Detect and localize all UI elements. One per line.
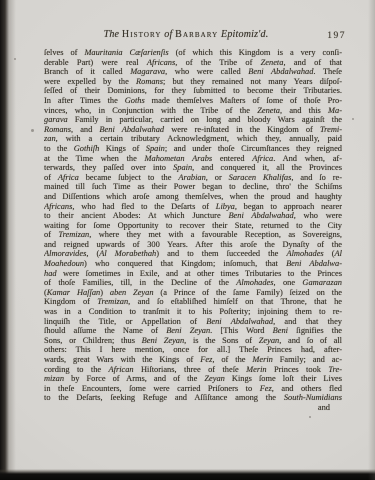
text-line: zan, with a certain tributary Acknowledg… — [44, 134, 342, 144]
text-line: Africans, who had fled to the Deſarts of… — [44, 202, 342, 212]
text-line: were expelled by the Romans; but they re… — [44, 77, 342, 87]
text-line: of Africa became ſubject to the Arabian,… — [44, 173, 342, 183]
plain-text: , and — [71, 125, 99, 134]
italic-text: Beni Abdalwahad — [228, 211, 293, 220]
text-line: Romans, and Beni Abdalwahad were re-inſt… — [44, 125, 342, 135]
italic-text: Tremizan — [97, 297, 128, 306]
plain-text: to the — [44, 144, 74, 153]
scanned-page: The History of Barbary Epitomiz'd. 197 ſ… — [0, 0, 375, 480]
text-line: mizan by Force of Arms, and of the Zeyan… — [44, 374, 342, 384]
italic-text: zan — [44, 134, 56, 143]
italic-text: Al — [335, 249, 342, 258]
italic-text: Africa — [252, 154, 273, 163]
plain-text: ) — [100, 288, 110, 297]
plain-text: ) and to them ſucceeded the — [156, 249, 286, 258]
plain-text: ; and under thoſe Circumſtances they rei… — [165, 144, 342, 153]
plain-text: Branch of it called — [44, 67, 130, 76]
text-line: terwards, they paſſed over into Spain, a… — [44, 163, 342, 173]
plain-text: , where they met with a favourable Recep… — [89, 230, 342, 239]
italic-text: African — [109, 365, 134, 374]
text-line: others: This I here mention, once for al… — [44, 345, 342, 355]
plain-text: . [This Word — [210, 326, 272, 335]
italic-text: Beni — [273, 326, 288, 335]
text-line: In after Times the Goths made themſelves… — [44, 96, 342, 106]
plain-text: , ( — [86, 249, 99, 258]
plain-text: Family in particular, carried on long an… — [68, 115, 342, 124]
text-line: Kingdom of Tremizan, and ſo eſtabliſhed … — [44, 297, 342, 307]
italic-text: Beni Zeyan — [142, 336, 185, 345]
text-line: to their ancient Abodes: At which Junctu… — [44, 211, 342, 221]
text-line: in theſe Encounters, ſome were carried P… — [44, 384, 342, 394]
italic-text: Saracen Khalifas — [229, 173, 292, 182]
italic-text: aben Zeyan — [110, 288, 154, 297]
catchword: and — [44, 403, 342, 413]
plain-text: of thoſe Families, till, in the Decline … — [44, 278, 236, 287]
smallcaps-text: History — [122, 29, 162, 40]
plain-text: and reigned upwards of 300 Years. After … — [44, 240, 342, 249]
plain-text: ) who conquered that Kingdom; inſomuch, … — [84, 259, 286, 268]
plain-text: , who had fled to the Deſarts of — [72, 202, 215, 211]
page-content: The History of Barbary Epitomiz'd. 197 ſ… — [44, 29, 342, 413]
plain-text: Kings of — [99, 144, 145, 153]
scan-speck — [352, 118, 354, 120]
text-line: Sons, or Children; thus Beni Zeyan, is t… — [44, 336, 342, 346]
italic-text: Tre- — [328, 365, 342, 374]
plain-text: , and ſo of all — [279, 336, 342, 345]
italic-text: Ma- — [328, 106, 342, 115]
italic-text: Mahometan Arabs — [145, 154, 213, 163]
plain-text: of — [44, 230, 58, 239]
italic-text: Kamar Haſſan — [47, 288, 100, 297]
plain-text: Kings ſome loſt their Lives — [225, 374, 342, 383]
plain-text: mained till ſuch Time as their Power beg… — [44, 182, 342, 191]
italic-text: South-Numidians — [284, 393, 342, 402]
plain-text: , who were called — [165, 67, 248, 76]
text-line: Moahedoun) who conquered that Kingdom; i… — [44, 259, 342, 269]
plain-text: ; but they remained not many Years diſpo… — [163, 77, 342, 86]
scan-speck — [309, 416, 311, 418]
plain-text: Sons, or Children; thus — [44, 336, 142, 345]
plain-text: in theſe Encounters, ſome were carried P… — [44, 384, 260, 393]
italic-text: mizan — [44, 374, 64, 383]
italic-text: Fez — [200, 355, 212, 364]
text-line: linquiſh the Title, or Appellation of Be… — [44, 317, 342, 327]
plain-text: . And when, af- — [273, 154, 342, 163]
plain-text: , who were — [294, 211, 342, 220]
plain-text: made themſelves Maſters of ſome of thoſe… — [145, 96, 342, 105]
text-line: and Diſſentions which aroſe among themſe… — [44, 192, 342, 202]
plain-text: , and ſo re- — [291, 173, 342, 182]
plain-text: ſignifies the — [288, 326, 342, 335]
italic-text: Almohades — [286, 249, 323, 258]
text-line: of thoſe Families, till, in the Decline … — [44, 278, 342, 288]
plain-text: (a Prince of the ſame Family) ſeized on … — [154, 288, 342, 297]
scan-edge-left — [0, 0, 16, 480]
italic-text: Al Morabethah — [99, 249, 156, 258]
italic-text: Mauritania Cæſarienſis — [84, 48, 168, 57]
plain-text: . Theſe — [313, 67, 342, 76]
italic-text: Zeyan — [259, 336, 279, 345]
italic-text: Spain — [146, 144, 165, 153]
text-line: garava Family in particular, carried on … — [44, 115, 342, 125]
italic-text: of — [162, 29, 176, 40]
text-line: and reigned upwards of 300 Years. After … — [44, 240, 342, 250]
plain-text: , one — [274, 278, 303, 287]
plain-text: wards, great Wars with the Kings of — [44, 355, 200, 364]
plain-text: were ſometimes in Exile, and at other ti… — [57, 269, 342, 278]
italic-text: Beni Abdalwa- — [286, 259, 342, 268]
page-header: The History of Barbary Epitomiz'd. 197 — [44, 29, 342, 43]
text-line: (Kamar Haſſan) aben Zeyan (a Prince of t… — [44, 288, 342, 298]
plain-text: , with a certain tributary Acknowledgmen… — [56, 134, 342, 143]
italic-text: Tremi- — [320, 125, 342, 134]
plain-text: at the Time when the — [44, 154, 145, 163]
text-line: to the Deſarts, ſeeking Refuge and Aſſiſ… — [44, 393, 342, 403]
italic-text: Romans — [44, 125, 71, 134]
scan-speck — [31, 129, 34, 132]
plain-text: , of the Tribe of — [175, 58, 260, 67]
plain-text: , and conquered it, all the Provinces — [192, 163, 342, 172]
plain-text: cording to the — [44, 365, 109, 374]
text-line: was in a Condition to tranſmit it to his… — [44, 307, 342, 317]
italic-text: Beni Abdalwahad — [248, 67, 313, 76]
plain-text: linquiſh the Title, or Appellation of — [44, 317, 206, 326]
text-line: Almoravides, (Al Morabethah) and to them… — [44, 249, 342, 259]
italic-text: Magarava — [130, 67, 165, 76]
italic-text: had — [44, 269, 57, 278]
text-line: to the Gothiſh Kings of Spain; and under… — [44, 144, 342, 154]
italic-text: Zeneta — [257, 106, 280, 115]
plain-text: and Diſſentions which aroſe among themſe… — [44, 192, 342, 201]
text-line: ſeſſed of their Dominions, for they ſubm… — [44, 86, 342, 96]
italic-text: Almoravides — [44, 249, 86, 258]
plain-text: terwards, they paſſed over into — [44, 163, 173, 172]
italic-text: Epitomiz'd. — [218, 29, 268, 40]
text-line: mained till ſuch Time as their Power beg… — [44, 182, 342, 192]
italic-text: Spain — [173, 163, 192, 172]
italic-text: Africans — [147, 58, 175, 67]
italic-text: Africa — [58, 173, 79, 182]
plain-text: , is the Sons of — [184, 336, 259, 345]
smallcaps-text: Barbary — [175, 29, 218, 40]
text-line: at the Time when the Mahometan Arabs ent… — [44, 154, 342, 164]
plain-text: by Force of Arms, and of the — [64, 374, 204, 383]
italic-text: Gothiſh — [74, 144, 100, 153]
text-line: ſelves of Mauritania Cæſarienſis (of whi… — [44, 48, 342, 58]
italic-text: Libya — [216, 202, 235, 211]
italic-text: Zeneta — [261, 58, 284, 67]
body-text: ſelves of Mauritania Cæſarienſis (of whi… — [44, 48, 342, 403]
italic-text: Merin — [252, 355, 272, 364]
text-line: Branch of it called Magarava, who were c… — [44, 67, 342, 77]
italic-text: Arabian — [178, 173, 205, 182]
text-line: vinces, who, in Conjunction with the Tri… — [44, 106, 342, 116]
italic-text: Goths — [125, 96, 145, 105]
text-line: of Tremizan, where they met with a favou… — [44, 230, 342, 240]
plain-text: ſhould aſſume the Name of — [44, 326, 166, 335]
plain-text: , or — [206, 173, 229, 182]
plain-text: , began to approach nearer — [235, 202, 342, 211]
text-line: waiting for ſome Opportunity to recover … — [44, 221, 342, 231]
italic-text: Africans — [44, 202, 72, 211]
plain-text: entered — [212, 154, 252, 163]
italic-text: Gamarazan — [302, 278, 342, 287]
plain-text: (of which this Kingdom is a very conſi- — [169, 48, 342, 57]
plain-text: , and of that — [283, 58, 342, 67]
italic-text: Merin — [246, 365, 266, 374]
italic-text: Beni Abdalwahad — [99, 125, 164, 134]
plain-text: others: This I here mention, once for al… — [44, 345, 342, 354]
plain-text: , and others fled — [272, 384, 342, 393]
text-line: ſhould aſſume the Name of Beni Zeyan. [T… — [44, 326, 342, 336]
plain-text: became ſubject to the — [79, 173, 179, 182]
scan-edge-right — [368, 0, 375, 480]
plain-text: ſelves of — [44, 48, 84, 57]
italic-text: Tremizan — [58, 230, 89, 239]
italic-text: Moahedoun — [44, 259, 84, 268]
italic-text: garava — [44, 115, 68, 124]
plain-text: was in a Condition to tranſmit it to his… — [44, 307, 342, 316]
text-line: wards, great Wars with the Kings of Fez,… — [44, 355, 342, 365]
plain-text: derable Part) were real — [44, 58, 147, 67]
plain-text: In after Times the — [44, 96, 125, 105]
text-line: cording to the African Hiſtorians, three… — [44, 365, 342, 375]
plain-text: of — [44, 173, 58, 182]
scan-edge-bottom — [0, 469, 375, 480]
plain-text: Princes took — [267, 365, 329, 374]
plain-text: were expelled by the — [44, 77, 136, 86]
italic-text: Fez — [260, 384, 272, 393]
plain-text: , and this — [280, 106, 328, 115]
plain-text: , and ſo eſtabliſhed himſelf on that Thr… — [128, 297, 342, 306]
plain-text: to their ancient Abodes: At which Junctu… — [44, 211, 228, 220]
plain-text: ( — [324, 249, 335, 258]
plain-text: Family; and ac- — [273, 355, 342, 364]
plain-text: Hiſtorians, three of theſe — [134, 365, 247, 374]
text-line: had were ſometimes in Exile, and at othe… — [44, 269, 342, 279]
plain-text: waiting for ſome Opportunity to recover … — [44, 221, 342, 230]
italic-text: Almohades — [236, 278, 273, 287]
plain-text: Kingdom of — [44, 297, 97, 306]
text-line: derable Part) were real Africans, of the… — [44, 58, 342, 68]
running-title: The History of Barbary Epitomiz'd. — [44, 29, 328, 40]
italic-text: Romans — [136, 77, 163, 86]
italic-text: Zeyan — [204, 374, 224, 383]
plain-text: ſeſſed of their Dominions, for they ſubm… — [44, 86, 342, 95]
plain-text: were re-inſtated in the Kingdom of — [164, 125, 320, 134]
italic-text: Beni Zeyan — [166, 326, 210, 335]
italic-text: Beni Abdalwahad — [206, 317, 273, 326]
plain-text: , and that they — [273, 317, 342, 326]
page-number: 197 — [327, 31, 346, 41]
plain-text: to the Deſarts, ſeeking Refuge and Aſſiſ… — [44, 393, 284, 402]
plain-text: , of the — [212, 355, 252, 364]
italic-text: The — [104, 29, 122, 40]
plain-text: vinces, who, in Conjunction with the Tri… — [44, 106, 257, 115]
